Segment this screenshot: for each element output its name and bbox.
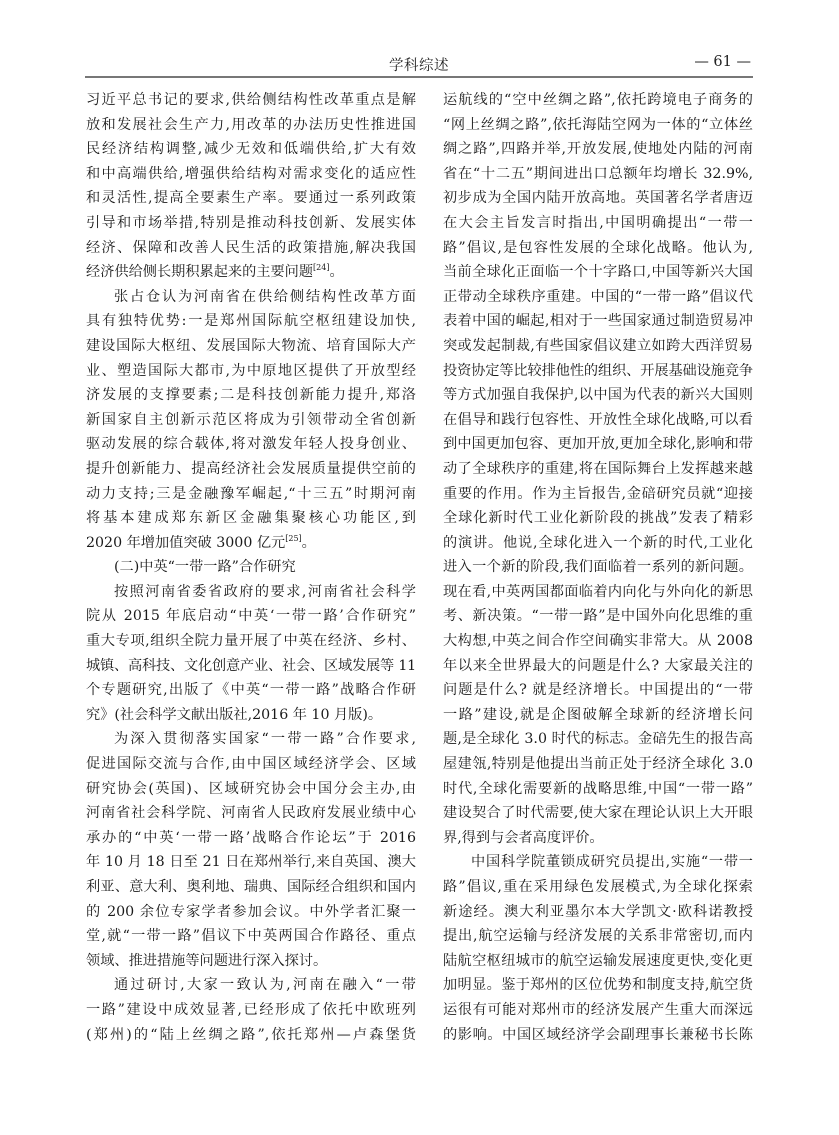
line-text: 新途经。澳大利亚墨尔本大学凯文·欧科诺教授: [443, 904, 753, 920]
line-text: 院从 2015 年底启动“中英‘一带一路’合作研究”: [86, 608, 416, 624]
line-tail: 。: [329, 264, 343, 280]
line-text: 时代,全球化需要新的战略思维,中国“一带一路”: [443, 781, 753, 797]
text-line: 一路”建设中成效显著,已经形成了依托中欧班列: [86, 998, 416, 1023]
line-text: 新国家自主创新示范区将成为引领带动全省创新: [86, 412, 416, 428]
text-line: 运航线的“空中丝绸之路”,依托跨境电子商务的: [443, 88, 753, 113]
text-line: 时代,全球化需要新的战略思维,中国“一带一路”: [443, 777, 753, 802]
line-text: 按照河南省委省政府的要求,河南省社会科学: [114, 584, 416, 600]
text-line: 表着中国的崛起,相对于一些国家通过制造贸易冲: [443, 309, 753, 334]
line-text: 界,得到与会者高度评价。: [443, 830, 604, 846]
text-line: 院从 2015 年底启动“中英‘一带一路’合作研究”: [86, 604, 416, 629]
line-text: 民经济结构调整,减少无效和低端供给,扩大有效: [86, 141, 416, 157]
text-line: 进入一个新的阶段,我们面临着一系列的新问题。: [443, 555, 753, 580]
text-line: 经济供给侧长期积累起来的主要问题[24]。: [86, 260, 416, 285]
line-text: 建设契合了时代需要,使大家在理论认识上大开眼: [443, 805, 753, 821]
line-text: 突或发起制裁,有些国家倡议建立如跨大西洋贸易: [443, 338, 753, 354]
text-line: 的演讲。他说,全球化进入一个新的时代,工业化: [443, 531, 753, 556]
line-text: 的演讲。他说,全球化进入一个新的时代,工业化: [443, 535, 753, 551]
line-text: 到中国更加包容、更加开放,更加全球化,影响和带: [443, 436, 753, 452]
line-text: 大构想,中英之间合作空间确实非常大。从 2008: [443, 633, 753, 649]
line-text: 屋建瓴,特别是他提出当前正处于经济全球化 3.0: [443, 756, 753, 772]
line-text: 的影响。中国区域经济学会副理事长兼秘书长陈: [443, 1027, 753, 1043]
text-line: 投资协定等比较排他性的组织、开展基础设施竞争: [443, 359, 753, 384]
running-header: 学科综述 — 61 —: [85, 44, 753, 78]
text-line: 新途经。澳大利亚墨尔本大学凯文·欧科诺教授: [443, 900, 753, 925]
page-number: — 61 —: [694, 54, 751, 70]
line-text: 运很有可能对郑州市的经济发展产生重大而深远: [443, 1002, 753, 1018]
text-line: 究》(社会科学文献出版社,2016 年 10 月版)。: [86, 703, 416, 728]
line-text: 中国科学院董锁成研究员提出,实施“一带一: [471, 854, 753, 870]
text-line: 大构想,中英之间合作空间确实非常大。从 2008: [443, 629, 753, 654]
line-tail: 。: [302, 535, 316, 551]
text-line: 在大会主旨发言时指出,中国明确提出“一带一: [443, 211, 753, 236]
line-text: 和灵活性,提高全要素生产率。要通过一系列政策: [86, 190, 416, 206]
text-line: 屋建瓴,特别是他提出当前正处于经济全球化 3.0: [443, 752, 753, 777]
line-text: 建设国际大枢纽、发展国际大物流、培育国际大产: [86, 338, 416, 354]
citation-ref: [24]: [313, 263, 329, 272]
line-text: 张占仓认为河南省在供给侧结构性改革方面: [114, 289, 416, 305]
text-line: 在倡导和践行包容性、开放性全球化战略,可以看: [443, 408, 753, 433]
text-line: 利亚、意大利、奥利地、瑞典、国际经合组织和国内: [86, 875, 416, 900]
line-text: 表着中国的崛起,相对于一些国家通过制造贸易冲: [443, 313, 753, 329]
line-text: 路”倡议,是包容性发展的全球化战略。他认为,: [443, 240, 753, 256]
text-line: 界,得到与会者高度评价。: [443, 826, 753, 851]
line-text: 问题是什么? 就是经济增长。中国提出的“一带: [443, 682, 753, 698]
text-line: 运很有可能对郑州市的经济发展产生重大而深远: [443, 998, 753, 1023]
text-line: 将基本建成郑东新区金融集聚核心功能区,到: [86, 506, 416, 531]
line-text: 加明显。鉴于郑州的区位优势和制度支持,航空货: [443, 977, 753, 993]
text-line: 当前全球化正面临一个十字路口,中国等新兴大国: [443, 260, 753, 285]
text-line: 通过研讨,大家一致认为,河南在融入“一带: [86, 973, 416, 998]
text-line: 承办的“中英‘一带一路’战略合作论坛”于 2016: [86, 826, 416, 851]
line-text: 放和发展社会生产力,用改革的办法历史性推进国: [86, 117, 416, 133]
right-column: 运航线的“空中丝绸之路”,依托跨境电子商务的“网上丝绸之路”,依托海陆空网为一体…: [443, 88, 753, 1047]
text-line: 年以来全世界最大的问题是什么? 大家最关注的: [443, 654, 753, 679]
line-text: 承办的“中英‘一带一路’战略合作论坛”于 2016: [86, 830, 416, 846]
line-text: 为深入贯彻落实国家“一带一路”合作要求,: [114, 731, 416, 747]
line-text: 领域、推进措施等问题进行深入探讨。: [86, 953, 327, 969]
line-text: 投资协定等比较排他性的组织、开展基础设施竞争: [443, 363, 753, 379]
line-text: 提出,航空运输与经济发展的关系非常密切,而内: [443, 928, 753, 944]
line-text: 动了全球秩序的重建,将在国际舞台上发挥越来越: [443, 461, 753, 477]
text-line: 重大专项,组织全院力量开展了中英在经济、乡村、: [86, 629, 416, 654]
text-line: 考、新决策。“一带一路”是中国外向化思维的重: [443, 604, 753, 629]
line-text: 考、新决策。“一带一路”是中国外向化思维的重: [443, 608, 753, 624]
text-line: 问题是什么? 就是经济增长。中国提出的“一带: [443, 678, 753, 703]
line-text: 进入一个新的阶段,我们面临着一系列的新问题。: [443, 559, 753, 575]
text-line: 提出,航空运输与经济发展的关系非常密切,而内: [443, 924, 753, 949]
line-text: 重要的作用。作为主旨报告,金碚研究员就“迎接: [443, 486, 753, 502]
text-line: 陆航空枢纽城市的航空运输发展速度更快,变化更: [443, 949, 753, 974]
text-line: 个专题研究,出版了《中英“一带一路”战略合作研: [86, 678, 416, 703]
text-line: 路”倡议,重在采用绿色发展模式,为全球化探索: [443, 875, 753, 900]
line-text: 堂,就“一带一路”倡议下中英两国合作路径、重点: [86, 928, 416, 944]
line-text: 促进国际交流与合作,由中国区域经济学会、区域: [86, 756, 416, 772]
line-text: 重大专项,组织全院力量开展了中英在经济、乡村、: [86, 633, 416, 649]
text-line: 城镇、高科技、文化创意产业、社会、区域发展等 11: [86, 654, 416, 679]
line-text: 动力支持;三是金融豫军崛起,“十三五”时期河南: [86, 486, 416, 502]
line-text: (郑州)的“陆上丝绸之路”,依托郑州—卢森堡货: [86, 1027, 416, 1043]
line-text: 个专题研究,出版了《中英“一带一路”战略合作研: [86, 682, 416, 698]
line-text: 研究协会(英国)、区域研究协会中国分会主办,由: [86, 781, 416, 797]
line-text: 一路”建设中成效显著,已经形成了依托中欧班列: [86, 1002, 416, 1018]
text-line: 民经济结构调整,减少无效和低端供给,扩大有效: [86, 137, 416, 162]
text-line: 全球化新时代工业化新阶段的挑战”发表了精彩: [443, 506, 753, 531]
line-text: 通过研讨,大家一致认为,河南在融入“一带: [114, 977, 416, 993]
text-line: 和中高端供给,增强供给结构对需求变化的适应性: [86, 162, 416, 187]
line-text: 具有独特优势:一是郑州国际航空枢纽建设加快,: [86, 313, 416, 329]
text-line: 堂,就“一带一路”倡议下中英两国合作路径、重点: [86, 924, 416, 949]
text-line: 驱动发展的综合载体,将对激发年轻人投身创业、: [86, 432, 416, 457]
text-line: 经济、保障和改善人民生活的政策措施,解决我国: [86, 236, 416, 261]
text-line: 动力支持;三是金融豫军崛起,“十三五”时期河南: [86, 482, 416, 507]
section-title: 学科综述: [85, 54, 753, 75]
text-line: 提升创新能力、提高经济社会发展质量提供空前的: [86, 457, 416, 482]
line-text: 河南省社会科学院、河南省人民政府发展业绩中心: [86, 805, 416, 821]
text-line: 建设契合了时代需要,使大家在理论认识上大开眼: [443, 801, 753, 826]
line-text: 当前全球化正面临一个十字路口,中国等新兴大国: [443, 264, 753, 280]
line-text: 驱动发展的综合载体,将对激发年轻人投身创业、: [86, 436, 416, 452]
text-line: 现在看,中英两国都面临着内向化与外向化的新思: [443, 580, 753, 605]
citation-ref: [25]: [285, 534, 301, 543]
line-text: 年以来全世界最大的问题是什么? 大家最关注的: [443, 658, 753, 674]
line-text: 的 200 余位专家学者参加会议。中外学者汇聚一: [86, 904, 416, 920]
line-text: 在大会主旨发言时指出,中国明确提出“一带一: [443, 215, 753, 231]
text-line: 一路”建设,就是企图破解全球新的经济增长问: [443, 703, 753, 728]
text-line: 习近平总书记的要求,供给侧结构性改革重点是解: [86, 88, 416, 113]
text-line: 加明显。鉴于郑州的区位优势和制度支持,航空货: [443, 973, 753, 998]
text-line: 促进国际交流与合作,由中国区域经济学会、区域: [86, 752, 416, 777]
line-text: “网上丝绸之路”,依托海陆空网为一体的“立体丝: [443, 117, 753, 133]
text-line: 建设国际大枢纽、发展国际大物流、培育国际大产: [86, 334, 416, 359]
text-line: 绸之路”,四路并举,开放发展,使地处内陆的河南: [443, 137, 753, 162]
line-text: 初步成为全国内陆开放高地。英国著名学者唐迈: [443, 190, 753, 206]
text-line: 动了全球秩序的重建,将在国际舞台上发挥越来越: [443, 457, 753, 482]
line-text: 提升创新能力、提高经济社会发展质量提供空前的: [86, 461, 416, 477]
text-line: 和灵活性,提高全要素生产率。要通过一系列政策: [86, 186, 416, 211]
line-text: 现在看,中英两国都面临着内向化与外向化的新思: [443, 584, 753, 600]
text-line: 等方式加强自我保护,以中国为代表的新兴大国则: [443, 383, 753, 408]
line-text: 在倡导和践行包容性、开放性全球化战略,可以看: [443, 412, 753, 428]
line-text: 陆航空枢纽城市的航空运输发展速度更快,变化更: [443, 953, 753, 969]
line-text: 经济供给侧长期积累起来的主要问题: [86, 264, 313, 280]
text-line: 按照河南省委省政府的要求,河南省社会科学: [86, 580, 416, 605]
text-line: 领域、推进措施等问题进行深入探讨。: [86, 949, 416, 974]
text-line: 张占仓认为河南省在供给侧结构性改革方面: [86, 285, 416, 310]
text-line: (郑州)的“陆上丝绸之路”,依托郑州—卢森堡货: [86, 1023, 416, 1048]
line-text: 经济、保障和改善人民生活的政策措施,解决我国: [86, 240, 416, 256]
text-line: 具有独特优势:一是郑州国际航空枢纽建设加快,: [86, 309, 416, 334]
line-text: 业、塑造国际大都市,为中原地区提供了开放型经: [86, 363, 416, 379]
header-rule: [85, 76, 753, 78]
text-line: 业、塑造国际大都市,为中原地区提供了开放型经: [86, 359, 416, 384]
text-line: 路”倡议,是包容性发展的全球化战略。他认为,: [443, 236, 753, 261]
text-line: 年 10 月 18 日至 21 日在郑州举行,来自英国、澳大: [86, 850, 416, 875]
line-text: 济发展的支撑要素;二是科技创新能力提升,郑洛: [86, 387, 416, 403]
section-heading: (二)中英“一带一路”合作研究: [86, 555, 416, 580]
line-text: 究》(社会科学文献出版社,2016 年 10 月版)。: [86, 707, 382, 723]
line-text: 城镇、高科技、文化创意产业、社会、区域发展等 11: [86, 658, 416, 674]
line-text: 利亚、意大利、奥利地、瑞典、国际经合组织和国内: [86, 879, 416, 895]
text-line: 中国科学院董锁成研究员提出,实施“一带一: [443, 850, 753, 875]
line-text: 省在“十二五”期间进出口总额年均增长 32.9%,: [443, 166, 753, 182]
text-line: 题,是全球化 3.0 时代的标志。金碚先生的报告高: [443, 727, 753, 752]
line-text: 将基本建成郑东新区金融集聚核心功能区,到: [86, 510, 416, 526]
text-line: 的影响。中国区域经济学会副理事长兼秘书长陈: [443, 1023, 753, 1048]
text-line: 突或发起制裁,有些国家倡议建立如跨大西洋贸易: [443, 334, 753, 359]
text-line: 研究协会(英国)、区域研究协会中国分会主办,由: [86, 777, 416, 802]
line-text: (二)中英“一带一路”合作研究: [114, 559, 296, 575]
text-line: 济发展的支撑要素;二是科技创新能力提升,郑洛: [86, 383, 416, 408]
line-text: 路”倡议,重在采用绿色发展模式,为全球化探索: [443, 879, 753, 895]
text-line: 放和发展社会生产力,用改革的办法历史性推进国: [86, 113, 416, 138]
text-line: 正带动全球秩序重建。中国的“一带一路”倡议代: [443, 285, 753, 310]
text-line: 为深入贯彻落实国家“一带一路”合作要求,: [86, 727, 416, 752]
text-line: “网上丝绸之路”,依托海陆空网为一体的“立体丝: [443, 113, 753, 138]
text-line: 的 200 余位专家学者参加会议。中外学者汇聚一: [86, 900, 416, 925]
line-text: 正带动全球秩序重建。中国的“一带一路”倡议代: [443, 289, 753, 305]
line-text: 年 10 月 18 日至 21 日在郑州举行,来自英国、澳大: [86, 854, 416, 870]
text-line: 2020 年增加值突破 3000 亿元[25]。: [86, 531, 416, 556]
text-line: 初步成为全国内陆开放高地。英国著名学者唐迈: [443, 186, 753, 211]
text-line: 引导和市场举措,特别是推动科技创新、发展实体: [86, 211, 416, 236]
line-text: 和中高端供给,增强供给结构对需求变化的适应性: [86, 166, 416, 182]
line-text: 一路”建设,就是企图破解全球新的经济增长问: [443, 707, 753, 723]
text-line: 河南省社会科学院、河南省人民政府发展业绩中心: [86, 801, 416, 826]
line-text: 全球化新时代工业化新阶段的挑战”发表了精彩: [443, 510, 753, 526]
line-text: 题,是全球化 3.0 时代的标志。金碚先生的报告高: [443, 731, 753, 747]
text-line: 新国家自主创新示范区将成为引领带动全省创新: [86, 408, 416, 433]
line-text: 2020 年增加值突破 3000 亿元: [86, 535, 285, 551]
text-line: 重要的作用。作为主旨报告,金碚研究员就“迎接: [443, 482, 753, 507]
line-text: 引导和市场举措,特别是推动科技创新、发展实体: [86, 215, 416, 231]
line-text: 运航线的“空中丝绸之路”,依托跨境电子商务的: [443, 92, 753, 108]
left-column: 习近平总书记的要求,供给侧结构性改革重点是解放和发展社会生产力,用改革的办法历史…: [86, 88, 416, 1047]
text-line: 省在“十二五”期间进出口总额年均增长 32.9%,: [443, 162, 753, 187]
line-text: 等方式加强自我保护,以中国为代表的新兴大国则: [443, 387, 753, 403]
text-line: 到中国更加包容、更加开放,更加全球化,影响和带: [443, 432, 753, 457]
line-text: 绸之路”,四路并举,开放发展,使地处内陆的河南: [443, 141, 753, 157]
line-text: 习近平总书记的要求,供给侧结构性改革重点是解: [86, 92, 416, 108]
